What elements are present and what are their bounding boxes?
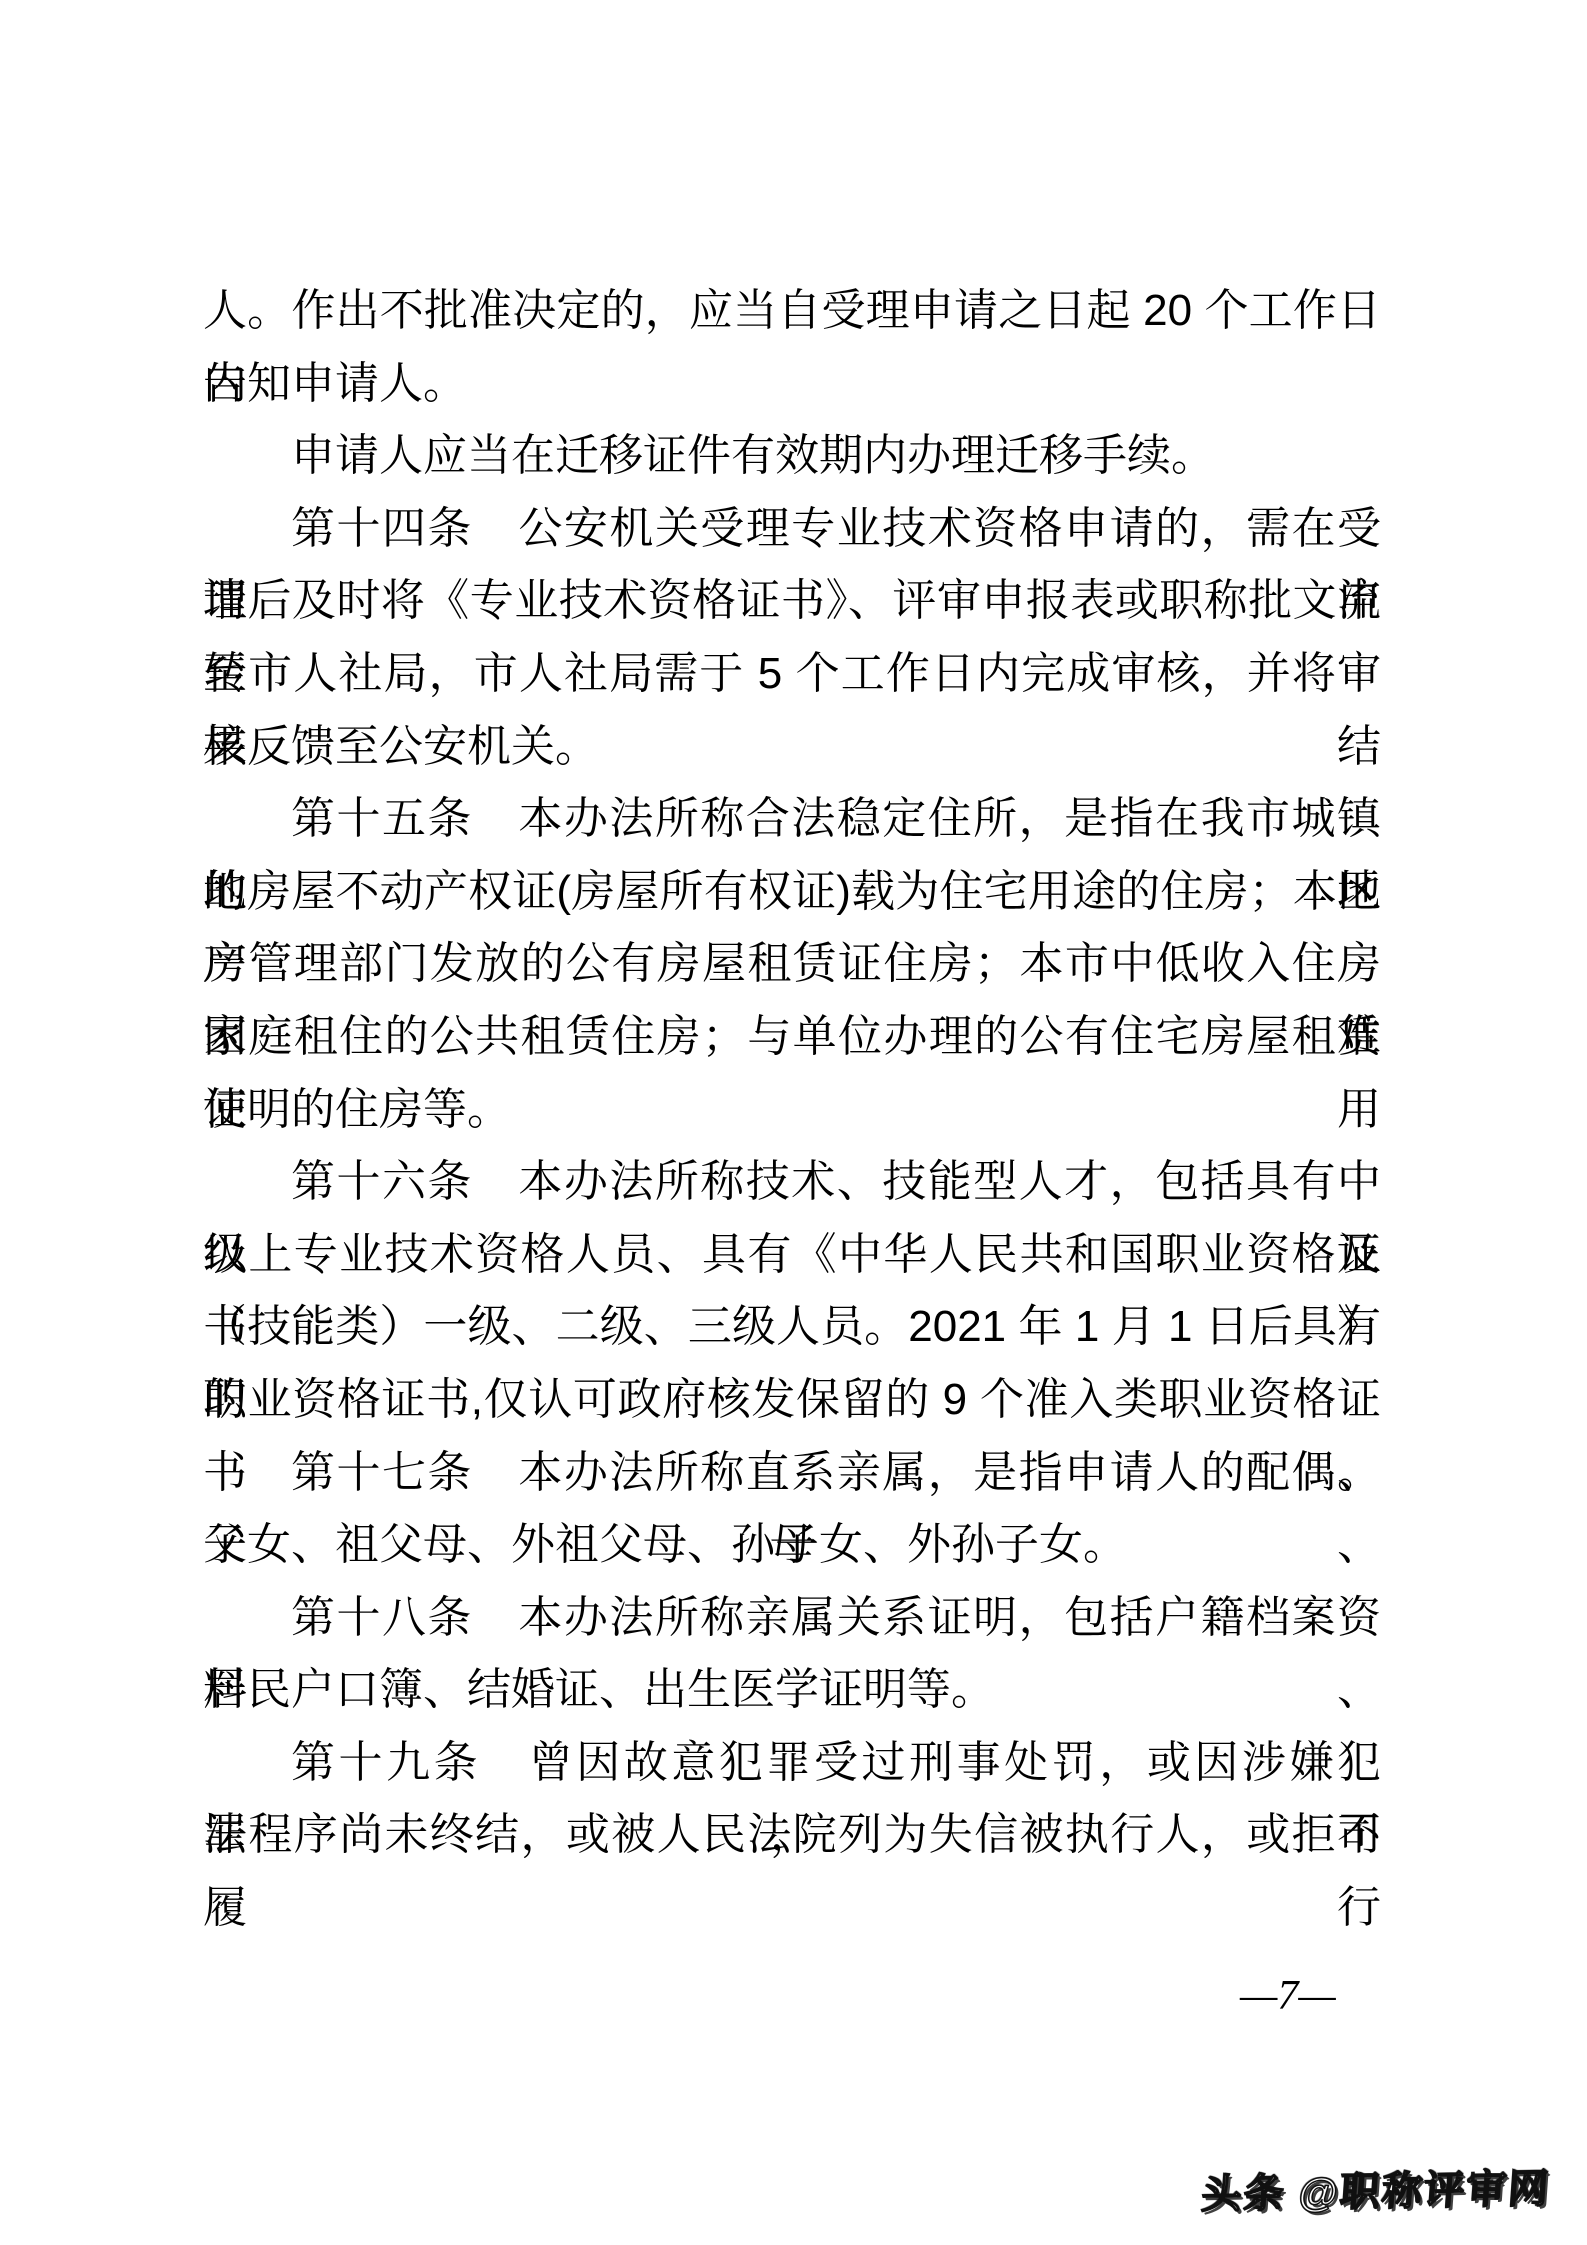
text-line: 告知申请人。 — [203, 348, 1381, 421]
text-line-article-16: 第十六条 本办法所称技术、技能型人才，包括具有中级及 — [203, 1146, 1381, 1219]
text-line: 申请人应当在迁移证件有效期内办理迁移手续。 — [203, 420, 1381, 493]
page-number: —7— — [1240, 1972, 1336, 2020]
text-line: 至市人社局，市人社局需于 5 个工作日内完成审核，并将审核结 — [203, 638, 1381, 711]
text-line-article-15: 第十五条 本办法所称合法稳定住所，是指在我市城镇地区 — [203, 783, 1381, 856]
text-line: 以上专业技术资格人员、具有《中华人民共和国职业资格证书》 — [203, 1219, 1381, 1292]
text-line-article-18: 第十八条 本办法所称亲属关系证明，包括户籍档案资料、 — [203, 1582, 1381, 1655]
text-line: 职业资格证书,仅认可政府核发保留的 9 个准入类职业资格证书。 — [203, 1364, 1381, 1437]
text-line: 法程序尚未终结，或被人民法院列为失信被执行人，或拒不履行 — [203, 1799, 1381, 1872]
document-body: 人。作出不批准决定的，应当自受理申请之日起 20 个工作日内 告知申请人。 申请… — [203, 275, 1381, 1872]
text-line: 产管理部门发放的公有房屋租赁证住房；本市中低收入住房困难 — [203, 928, 1381, 1001]
text-line-article-14: 第十四条 公安机关受理专业技术资格申请的，需在受理申 — [203, 493, 1381, 566]
text-line: 请后及时将《专业技术资格证书》、评审申报表或职称批文流转 — [203, 565, 1381, 638]
text-line: 家庭租住的公共租赁住房；与单位办理的公有住宅房屋租赁使用 — [203, 1001, 1381, 1074]
text-line: 人。作出不批准决定的，应当自受理申请之日起 20 个工作日内 — [203, 275, 1381, 348]
text-line: （技能类）一级、二级、三级人员。2021 年 1 月 1 日后具有的 — [203, 1291, 1381, 1364]
text-line-article-17: 第十七条 本办法所称直系亲属，是指申请人的配偶、父母、 — [203, 1437, 1381, 1510]
watermark-toutiao: 头条 @职称评审网 — [1200, 2157, 1553, 2220]
text-line-article-19: 第十九条 曾因故意犯罪受过刑事处罚，或因涉嫌犯罪，司 — [203, 1727, 1381, 1800]
text-line: 的房屋不动产权证(房屋所有权证)载为住宅用途的住房；本地房 — [203, 856, 1381, 929]
